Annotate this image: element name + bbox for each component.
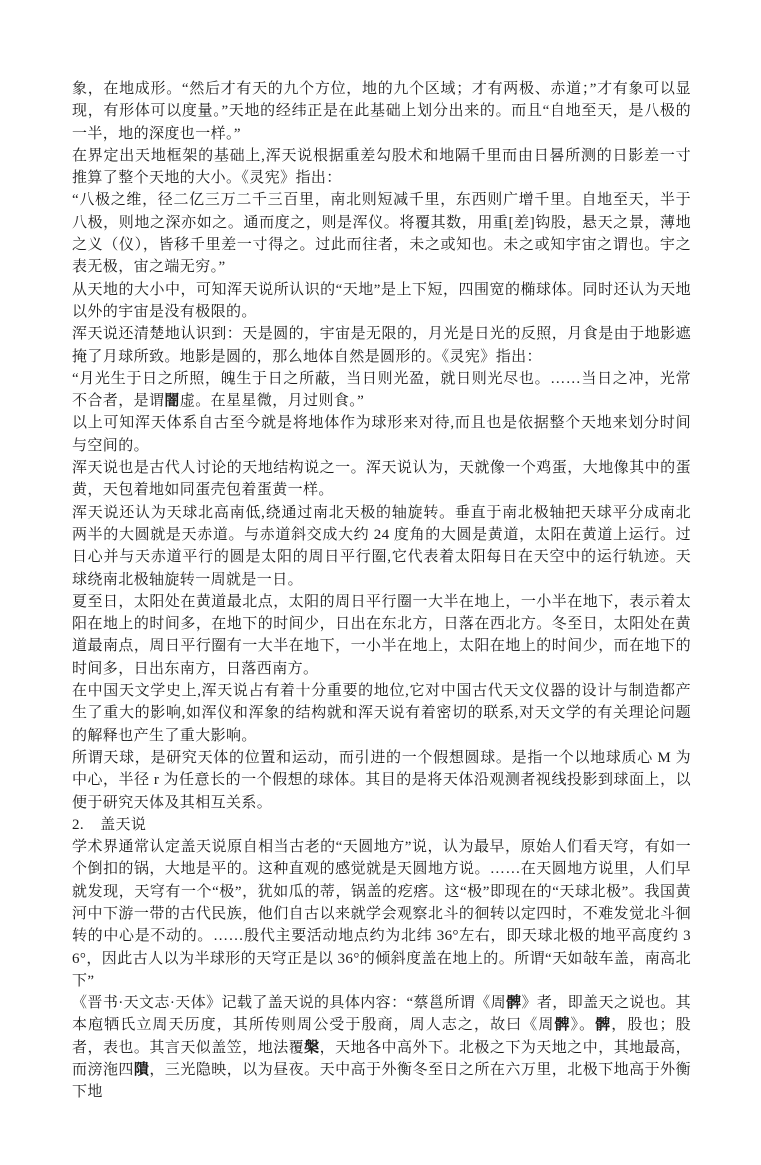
paragraph-tiandi-frame-intro: 象，在地成形。“然后才有天的九个方位，地的九个区域；才有两极、赤道；”才有象可以… <box>72 78 691 145</box>
paragraph-tiandi-shape: 从天地的大小中，可知浑天说所认识的“天地”是上下短，四围宽的椭球体。同时还认为天… <box>72 279 691 324</box>
text-run: 夏至日，太阳处在黄道最北点，太阳的周日平行圈一大半在地上，一小半在地下，表示着太… <box>72 594 691 677</box>
text-run: 髀 <box>506 995 521 1011</box>
text-run: 浑天说还认为天球北高南低,绕通过南北天极的轴旋转。垂直于南北极轴把天球平分成南北… <box>72 505 691 588</box>
paragraph-jinshu-quote: 《晋书·天文志·天体》记载了盖天说的具体内容：“蔡邕所谓《周髀》者，即盖天之说也… <box>72 992 691 1103</box>
text-run: 以上可知浑天体系自古至今就是将地体作为球形来对待,而且也是依据整个天地来划分时间… <box>72 415 691 453</box>
text-run: 浑天说也是古代人讨论的天地结构说之一。浑天说认为，天就像一个鸡蛋，大地像其中的蛋… <box>72 460 691 498</box>
text-run: 所谓天球，是研究天体的位置和运动，而引进的一个假想圆球。是指一个以地球质心 M … <box>72 750 691 811</box>
text-run: 》。 <box>571 1017 596 1033</box>
text-run: 在中国天文学史上,浑天说占有着十分重要的地位,它对中国古代天文仪器的设计与制造都… <box>72 683 691 744</box>
paragraph-lingxian-quote-2: “月光生于日之所照，魄生于日之所蔽，当日则光盈，就日则光尽也。……当日之冲，光常… <box>72 368 691 413</box>
paragraph-huntian-egg: 浑天说也是古代人讨论的天地结构说之一。浑天说认为，天就像一个鸡蛋，大地像其中的蛋… <box>72 457 691 502</box>
text-run: ，三光隐映，以为昼夜。天中高于外衡冬至日之所在六万里，北极下地高于外衡下地 <box>72 1062 691 1100</box>
text-run: 槃 <box>304 1040 319 1056</box>
document-body: 象，在地成形。“然后才有天的九个方位，地的九个区域；才有两极、赤道；”才有象可以… <box>72 78 691 1104</box>
document-page: 象，在地成形。“然后才有天的九个方位，地的九个区域；才有两极、赤道；”才有象可以… <box>0 0 761 1165</box>
text-run: “八极之维，径二亿三万二千三百里，南北则短减千里，东西则广增千里。自地至天，半于… <box>72 192 691 275</box>
heading-gaitianshuo: 2.盖天说 <box>72 814 691 836</box>
text-run: 学术界通常认定盖天说原自相当古老的“天圆地方”说，认为最早，原始人们看天穹，有如… <box>72 839 691 989</box>
paragraph-celestial-sphere-definition: 所谓天球，是研究天体的位置和运动，而引进的一个假想圆球。是指一个以地球质心 M … <box>72 747 691 814</box>
text-run: 浑天说还清楚地认识到：天是圆的，宇宙是无限的，月光是日光的反照，月食是由于地影遮… <box>72 326 691 364</box>
text-run: 虚。在星星微，月过则食。” <box>180 393 364 409</box>
text-run: 盖天说 <box>100 817 146 833</box>
paragraph-gaitian-origin: 学术界通常认定盖天说原自相当古老的“天圆地方”说，认为最早，原始人们看天穹，有如… <box>72 836 691 992</box>
text-run: 从天地的大小中，可知浑天说所认识的“天地”是上下短，四围宽的椭球体。同时还认为天… <box>72 282 691 320</box>
paragraph-huntian-influence: 在中国天文学史上,浑天说占有着十分重要的地位,它对中国古代天文仪器的设计与制造都… <box>72 680 691 747</box>
text-run: 隤 <box>134 1062 149 1078</box>
text-run: 象，在地成形。“然后才有天的九个方位，地的九个区域；才有两极、赤道；”才有象可以… <box>72 81 691 142</box>
text-run: 髀 <box>595 1017 611 1033</box>
text-run: 2. <box>72 817 84 833</box>
paragraph-solstices: 夏至日，太阳处在黄道最北点，太阳的周日平行圈一大半在地上，一小半在地下，表示着太… <box>72 591 691 680</box>
paragraph-huntian-recognition: 浑天说还清楚地认识到：天是圆的，宇宙是无限的，月光是日光的反照，月食是由于地影遮… <box>72 323 691 368</box>
paragraph-lingxian-quote-1: “八极之维，径二亿三万二千三百里，南北则短减千里，东西则广增千里。自地至天，半于… <box>72 189 691 278</box>
paragraph-celestial-axis: 浑天说还认为天球北高南低,绕通过南北天极的轴旋转。垂直于南北极轴把天球平分成南北… <box>72 502 691 591</box>
text-run: 在界定出天地框架的基础上,浑天说根据重差勾股术和地隔千里而由日晷所测的日影差一寸… <box>72 148 691 186</box>
text-run: 髀 <box>554 1017 570 1033</box>
text-run: 《晋书·天文志·天体》记载了盖天说的具体内容：“蔡邕所谓《周 <box>72 995 506 1011</box>
paragraph-huntian-conclusion: 以上可知浑天体系自古至今就是将地体作为球形来对待,而且也是依据整个天地来划分时间… <box>72 412 691 457</box>
paragraph-huntian-measure: 在界定出天地框架的基础上,浑天说根据重差勾股术和地隔千里而由日晷所测的日影差一寸… <box>72 145 691 190</box>
text-run: 闇 <box>164 393 179 409</box>
